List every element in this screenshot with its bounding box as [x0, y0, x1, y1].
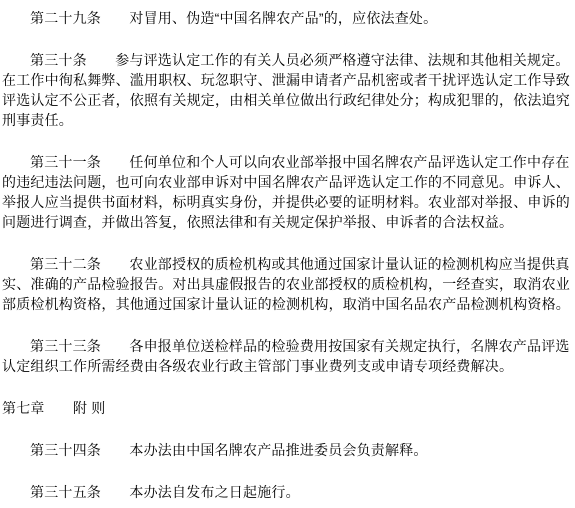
paragraph-article-31: 第三十一条 任何单位和个人可以向农业部举报中国名牌农产品评选认定工作中存在的违纪… [2, 152, 572, 232]
paragraph-article-34: 第三十四条 本办法由中国名牌农产品推进委员会负责解释。 [2, 440, 572, 460]
chapter-heading: 第七章 附 则 [2, 398, 572, 418]
paragraph-article-30: 第三十条 参与评选认定工作的有关人员必须严格遵守法律、法规和其他相关规定。在工作… [2, 50, 572, 130]
paragraph-article-33: 第三十三条 各申报单位送检样品的检验费用按国家有关规定执行，名牌农产品评选认定组… [2, 336, 572, 376]
paragraph-article-35: 第三十五条 本办法自发布之日起施行。 [2, 482, 572, 502]
paragraph-article-29: 第二十九条 对冒用、伪造“中国名牌农产品”的，应依法查处。 [2, 8, 572, 28]
document-page: 第二十九条 对冒用、伪造“中国名牌农产品”的，应依法查处。 第三十条 参与评选认… [0, 0, 575, 508]
paragraph-article-32: 第三十二条 农业部授权的质检机构或其他通过国家计量认证的检测机构应当提供真实、准… [2, 254, 572, 314]
